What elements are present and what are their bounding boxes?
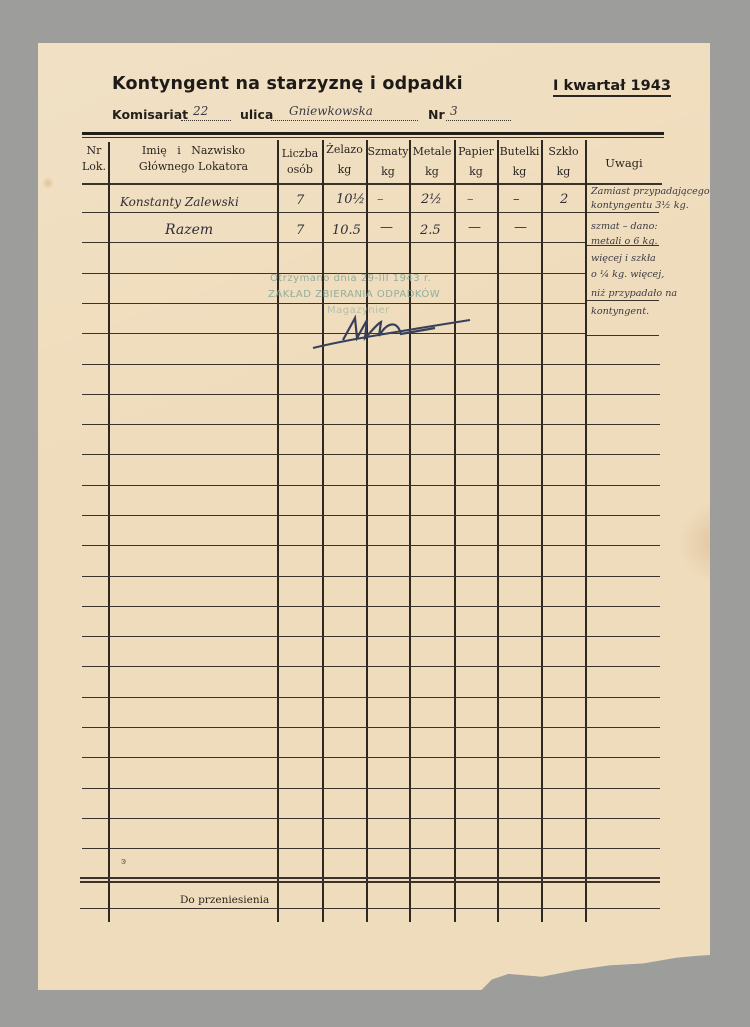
table-row-line (82, 606, 660, 607)
table-row-line (82, 424, 660, 425)
col-divider-iron (366, 140, 368, 922)
row2-iron: 10.5 (332, 223, 361, 238)
remarks-rule (587, 300, 659, 301)
header-paper-line1: Papier (455, 144, 497, 160)
table-top-rule-thin (82, 137, 664, 138)
ulica-label: ulica (240, 107, 273, 122)
header-persons-line2: osób (278, 162, 322, 178)
footer-double-rule-2 (80, 881, 660, 883)
header-rags: Szmaty kg (367, 144, 409, 180)
row1-persons: 7 (296, 193, 304, 208)
komisariat-field: 22 (181, 106, 231, 121)
table-row-line (82, 454, 660, 455)
header-iron: Żelazo kg (323, 142, 366, 178)
remark-line-6: o ¼ kg. więcej, (591, 269, 664, 280)
remark-line-7: niż przypadało na (591, 288, 677, 299)
row1-rags: – (377, 192, 384, 207)
table-row-line (82, 212, 585, 213)
header-metals-line2: kg (410, 164, 454, 180)
komisariat-label: Komisariat (112, 107, 188, 122)
table-row-line (82, 757, 660, 758)
header-nr: Nr Lok. (80, 143, 108, 175)
header-glass: Szkło kg (542, 144, 585, 180)
row2-metals: 2.5 (420, 223, 441, 238)
header-name-line2: Głównego Lokatora (110, 159, 277, 175)
col-divider-persons (322, 140, 324, 922)
header-remarks: Uwagi (586, 155, 662, 171)
table-row-line (82, 394, 660, 395)
header-glass-line2: kg (542, 164, 585, 180)
header-glass-line1: Szkło (542, 144, 585, 160)
header-bottles-line2: kg (498, 164, 541, 180)
signature-icon (305, 310, 480, 355)
stamp-office-line: ZAKŁAD ZBIERANIA ODPADKÓW (268, 289, 440, 300)
footer-double-rule-1 (80, 877, 660, 879)
carry-over-label: Do przeniesienia (180, 894, 269, 906)
header-paper: Papier kg (455, 144, 497, 180)
row2-name: Razem (165, 222, 213, 238)
nr-field: 3 (446, 106, 511, 121)
header-bottles: Butelki kg (498, 144, 541, 180)
komisariat-value: 22 (193, 104, 208, 118)
col-divider-metals (454, 140, 456, 922)
table-row-line (82, 364, 660, 365)
table-row-line (82, 636, 660, 637)
header-nr-line1: Nr (80, 143, 108, 159)
header-persons-line1: Liczba (278, 146, 322, 162)
header-persons: Liczba osób (278, 146, 322, 178)
col-divider-rags (409, 140, 411, 922)
table-row-line (82, 848, 660, 849)
table-row-line (82, 697, 660, 698)
nr-label: Nr (428, 107, 445, 122)
table-row-line (82, 666, 660, 667)
table-row-line (82, 818, 660, 819)
remark-line-1: Zamiast przypadającego (591, 186, 710, 197)
remarks-rule (587, 212, 659, 213)
header-nr-line2: Lok. (80, 159, 108, 175)
row1-paper: – (467, 192, 474, 207)
table-row-line (82, 485, 660, 486)
table-row-line (82, 545, 660, 546)
table-top-rule (82, 132, 664, 135)
col-divider-paper (497, 140, 499, 922)
row1-bottles: – (513, 192, 520, 207)
header-metals-line1: Metale (410, 144, 454, 160)
table-row-line (82, 515, 660, 516)
row2-bottles: — (514, 220, 527, 235)
header-bottles-line1: Butelki (498, 144, 541, 160)
header-iron-line2: kg (323, 162, 366, 178)
table-row-line (82, 788, 660, 789)
remark-line-3: szmat – dano: (591, 221, 658, 232)
row1-glass: 2 (560, 192, 568, 207)
row2-persons: 7 (296, 223, 304, 238)
col-divider-nr (108, 142, 110, 922)
stray-mark: ͽ (121, 857, 126, 867)
row1-name: Konstanty Zalewski (120, 195, 239, 209)
row2-rags: — (380, 220, 393, 235)
header-iron-line1: Żelazo (323, 142, 366, 158)
col-divider-glass (585, 140, 587, 922)
ulica-value: Gniewkowska (289, 104, 373, 118)
remark-line-5: więcej i szkła (591, 253, 656, 264)
header-metals: Metale kg (410, 144, 454, 180)
header-bottom-rule (82, 183, 662, 185)
table-row-line (82, 242, 585, 243)
ulica-field: Gniewkowska (271, 106, 418, 121)
nr-value: 3 (450, 104, 458, 118)
header-name-line1: Imię i Nazwisko (110, 143, 277, 159)
row2-paper: — (468, 220, 481, 235)
remark-line-8: kontyngent. (591, 306, 649, 317)
remarks-rule (587, 335, 659, 336)
row1-iron: 10½ (336, 192, 365, 207)
remark-line-4: metali o 6 kg. (591, 236, 658, 247)
document-title: Kontyngent na starzyznę i odpadki (112, 74, 463, 94)
header-name: Imię i Nazwisko Głównego Lokatora (110, 143, 277, 175)
remark-line-2: kontyngentu 3½ kg. (591, 200, 689, 211)
quarter-label: I kwartał 1943 (553, 78, 671, 97)
col-divider-name (277, 140, 279, 922)
footer-bottom-rule (80, 908, 660, 909)
row1-metals: 2½ (421, 192, 442, 207)
header-rags-line2: kg (367, 164, 409, 180)
table-row-line (82, 727, 660, 728)
table-row-line (82, 576, 660, 577)
header-paper-line2: kg (455, 164, 497, 180)
stamp-received-line: Otrzymano dnia 29-III 1943 r. (270, 273, 431, 284)
col-divider-bottles (541, 140, 543, 922)
header-rags-line1: Szmaty (367, 144, 409, 160)
